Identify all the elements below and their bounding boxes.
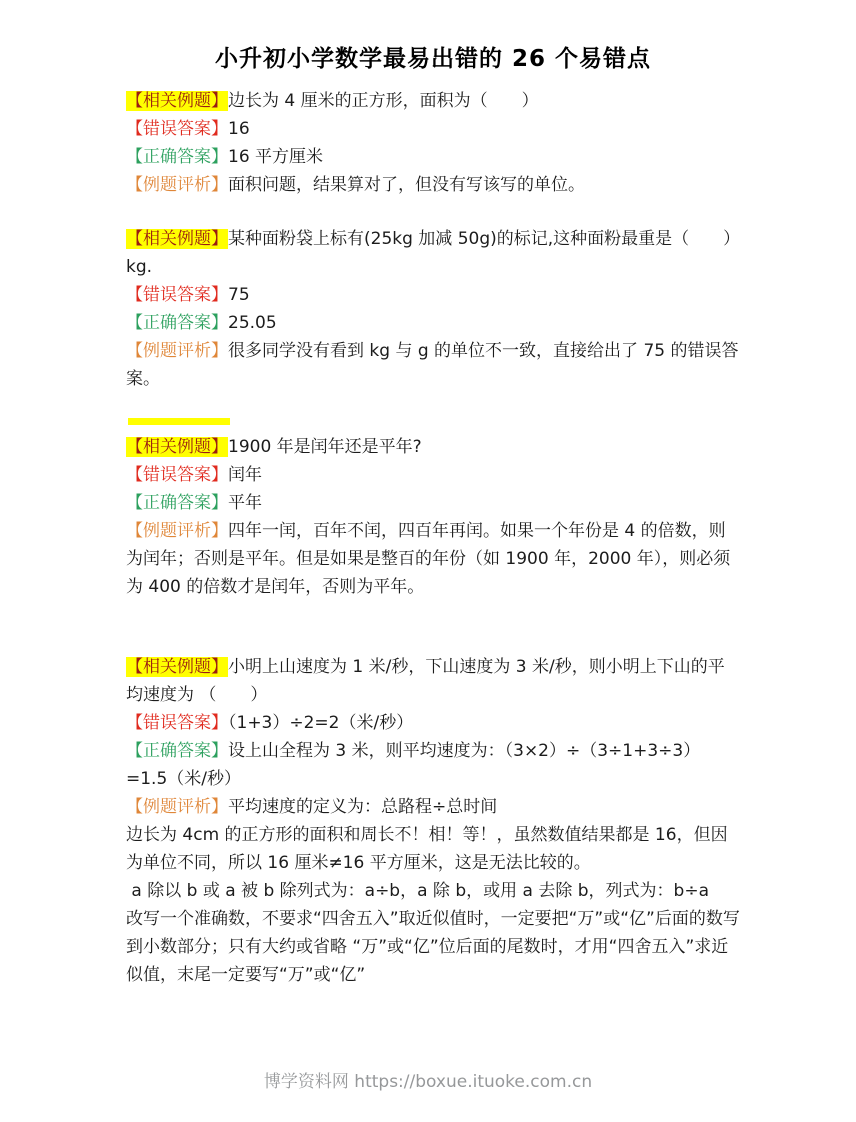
wrong-answer-text: （1+3）÷2=2（米/秒） (228, 713, 413, 733)
wrong-answer-line: 【错误答案】16 (126, 115, 740, 143)
note-paragraph: a 除以 b 或 a 被 b 除列式为：a÷b，a 除 b，或用 a 去除 b，… (126, 877, 740, 905)
wrong-answer-label: 【错误答案】 (126, 285, 228, 305)
question-line: 【相关例题】1900 年是闰年还是平年? (126, 433, 740, 461)
correct-answer-line: 【正确答案】25.05 (126, 309, 740, 337)
wrong-answer-label: 【错误答案】 (126, 465, 228, 485)
correct-answer-label: 【正确答案】 (126, 741, 228, 761)
related-example-label: 【相关例题】 (126, 229, 228, 249)
analysis-line: 【例题评析】四年一闰，百年不闰，四百年再闰。如果一个年份是 4 的倍数，则为闰年… (126, 517, 740, 601)
correct-answer-line: 【正确答案】设上山全程为 3 米，则平均速度为：（3×2）÷（3÷1+3÷3）=… (126, 737, 740, 793)
document-content: 小升初小学数学最易出错的 26 个易错点 【相关例题】边长为 4 厘米的正方形，… (0, 0, 856, 989)
correct-answer-line: 【正确答案】16 平方厘米 (126, 143, 740, 171)
wrong-answer-label: 【错误答案】 (126, 119, 228, 139)
document-page: 小升初小学数学最易出错的 26 个易错点 【相关例题】边长为 4 厘米的正方形，… (0, 0, 856, 1122)
question-line: 【相关例题】小明上山速度为 1 米/秒，下山速度为 3 米/秒，则小明上下山的平… (126, 653, 740, 709)
problem-block-4: 【相关例题】小明上山速度为 1 米/秒，下山速度为 3 米/秒，则小明上下山的平… (126, 653, 740, 821)
analysis-text: 平均速度的定义为：总路程÷总时间 (228, 797, 497, 817)
related-example-label: 【相关例题】 (126, 657, 228, 677)
question-line: 【相关例题】某种面粉袋上标有(25kg 加减 50g)的标记,这种面粉最重是（ … (126, 225, 740, 281)
wrong-answer-line: 【错误答案】闰年 (126, 461, 740, 489)
related-example-label: 【相关例题】 (126, 91, 228, 111)
question-line: 【相关例题】边长为 4 厘米的正方形，面积为（ ） (126, 87, 740, 115)
wrong-answer-text: 16 (228, 119, 250, 139)
note-paragraph: 改写一个准确数，不要求“四舍五入”取近似值时，一定要把“万”或“亿”后面的数写到… (126, 905, 740, 989)
problem-block-2: 【相关例题】某种面粉袋上标有(25kg 加减 50g)的标记,这种面粉最重是（ … (126, 225, 740, 393)
analysis-label: 【例题评析】 (126, 341, 228, 361)
page-title: 小升初小学数学最易出错的 26 个易错点 (126, 40, 740, 73)
analysis-text: 面积问题，结果算对了，但没有写该写的单位。 (228, 175, 585, 195)
question-text: 边长为 4 厘米的正方形，面积为（ ） (228, 91, 539, 111)
question-text: 1900 年是闰年还是平年? (228, 437, 422, 457)
wrong-answer-text: 75 (228, 285, 250, 305)
correct-answer-label: 【正确答案】 (126, 313, 228, 333)
analysis-label: 【例题评析】 (126, 797, 228, 817)
correct-answer-text: 25.05 (228, 313, 277, 333)
correct-answer-text: 平年 (228, 493, 262, 513)
correct-answer-label: 【正确答案】 (126, 147, 228, 167)
analysis-label: 【例题评析】 (126, 521, 228, 541)
correct-answer-text: 16 平方厘米 (228, 147, 323, 167)
correct-answer-line: 【正确答案】平年 (126, 489, 740, 517)
page-footer: 博学资料网 https://boxue.ituoke.com.cn (0, 1067, 856, 1092)
analysis-label: 【例题评析】 (126, 175, 228, 195)
wrong-answer-line: 【错误答案】（1+3）÷2=2（米/秒） (126, 709, 740, 737)
problem-block-1: 【相关例题】边长为 4 厘米的正方形，面积为（ ） 【错误答案】16 【正确答案… (126, 87, 740, 199)
correct-answer-label: 【正确答案】 (126, 493, 228, 513)
analysis-line: 【例题评析】很多同学没有看到 kg 与 g 的单位不一致，直接给出了 75 的错… (126, 337, 740, 393)
wrong-answer-text: 闰年 (228, 465, 262, 485)
wrong-answer-line: 【错误答案】75 (126, 281, 740, 309)
problem-block-3: 【相关例题】1900 年是闰年还是平年? 【错误答案】闰年 【正确答案】平年 【… (126, 433, 740, 601)
analysis-line: 【例题评析】面积问题，结果算对了，但没有写该写的单位。 (126, 171, 740, 199)
analysis-line: 【例题评析】平均速度的定义为：总路程÷总时间 (126, 793, 740, 821)
note-paragraph: 边长为 4cm 的正方形的面积和周长不！相！等！，虽然数值结果都是 16，但因为… (126, 821, 740, 877)
related-example-label: 【相关例题】 (126, 437, 228, 457)
wrong-answer-label: 【错误答案】 (126, 713, 228, 733)
notes-section: 边长为 4cm 的正方形的面积和周长不！相！等！，虽然数值结果都是 16，但因为… (126, 821, 740, 989)
highlight-artifact (128, 418, 230, 425)
